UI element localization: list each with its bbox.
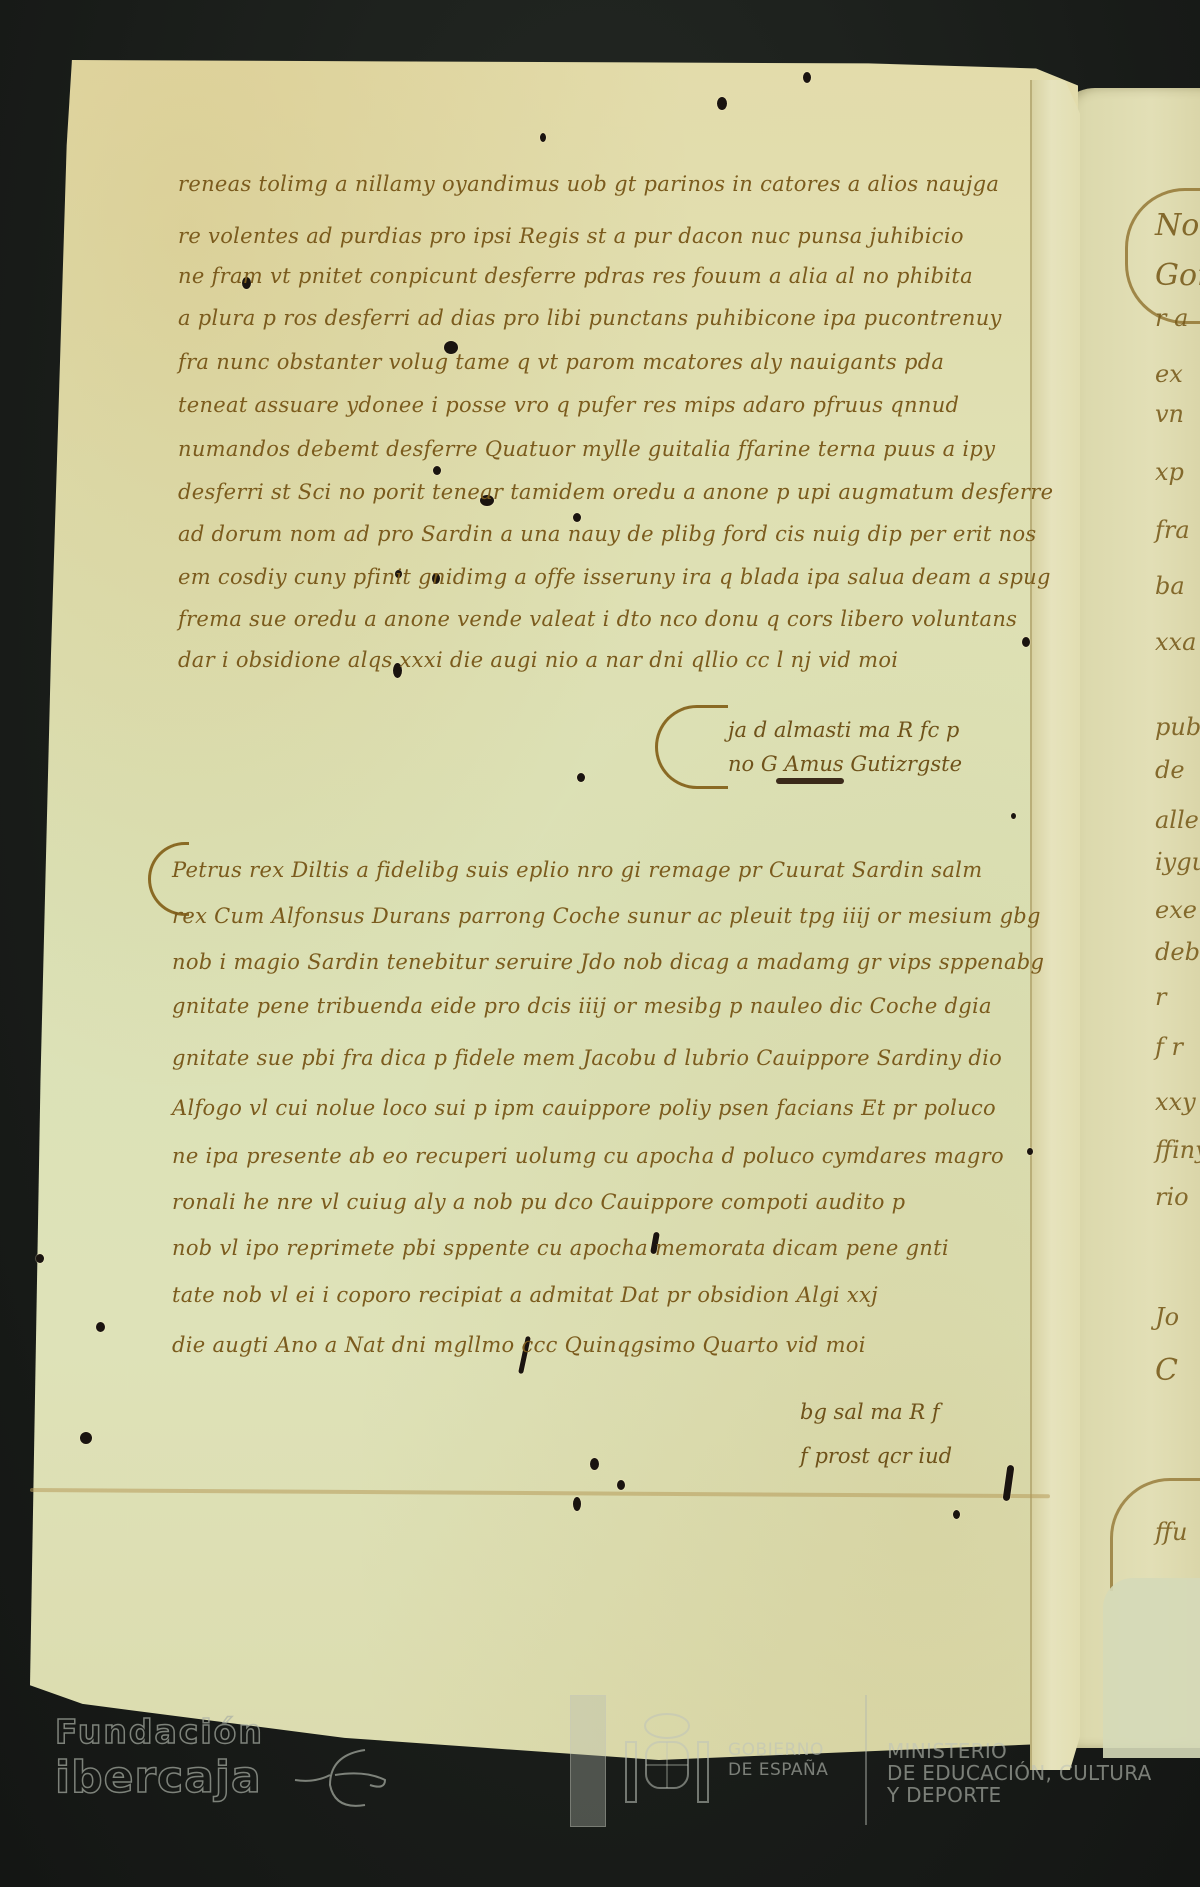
- worm-hole: [433, 466, 441, 475]
- foundation-watermark-line-1: Fundación: [55, 1712, 264, 1751]
- adjoining-fragment: xxy: [1155, 1088, 1196, 1116]
- worm-hole: [1011, 813, 1016, 819]
- text-line: re volentes ad purdias pro ipsi Regis st…: [178, 224, 964, 248]
- ministry-line-3: Y DEPORTE: [887, 1784, 1152, 1806]
- adjoining-fragment: Jo: [1155, 1303, 1179, 1331]
- worm-hole: [80, 1432, 92, 1444]
- worm-hole: [1027, 1148, 1033, 1155]
- worm-hole: [573, 1497, 581, 1511]
- text-line: gnitate pene tribuenda eide pro dcis iii…: [172, 994, 992, 1018]
- government-line-1: GOBIERNO: [728, 1740, 828, 1760]
- text-line: nob vl ipo reprimete pbi sppente cu apoc…: [172, 1236, 949, 1260]
- text-line: ronali he nre vl cuiug aly a nob pu dco …: [172, 1190, 905, 1214]
- text-line: die augti Ano a Nat dni mgllmo ccc Quinq…: [172, 1333, 866, 1357]
- adjoining-fragment: pub: [1155, 713, 1200, 741]
- text-line: fra nunc obstanter volug tame q vt parom…: [178, 350, 944, 374]
- text-line: em cosdiy cuny pfinit gnidimg a offe iss…: [178, 565, 1051, 589]
- adjoining-fragment: Noc: [1155, 208, 1200, 243]
- signature-2-line-1: bg sal ma R f: [800, 1400, 940, 1424]
- signature-2-line-2: f prost qcr iud: [800, 1444, 952, 1468]
- worm-hole: [617, 1480, 625, 1490]
- adjoining-fragment: ffiny: [1155, 1136, 1200, 1164]
- adjoining-fragment: r: [1155, 983, 1166, 1011]
- adjoining-fragment: ex: [1155, 360, 1183, 388]
- worm-hole: [953, 1510, 960, 1519]
- adjoining-fragment: ffu: [1155, 1518, 1187, 1546]
- parchment-repair-patch: [1103, 1578, 1200, 1758]
- adjoining-fragment: fra: [1155, 516, 1190, 544]
- text-line: nob i magio Sardin tenebitur seruire Jdo…: [172, 950, 1044, 974]
- text-line: dar i obsidione alqs xxxi die augi nio a…: [178, 648, 898, 672]
- worm-hole: [573, 513, 581, 522]
- worm-hole: [577, 773, 585, 782]
- adjoining-fragment: exe: [1155, 896, 1197, 924]
- signature-1-line-2: no G Amus Gutizrgste: [728, 752, 962, 776]
- worm-hole: [540, 133, 546, 142]
- signature-underline: [776, 778, 844, 784]
- adjoining-fragment: alle: [1155, 806, 1199, 834]
- adjoining-fragment: C: [1155, 1353, 1178, 1388]
- worm-hole: [96, 1322, 105, 1332]
- adjoining-fragment: Gon: [1155, 258, 1200, 293]
- foundation-watermark-line-2: ibercaja: [55, 1752, 262, 1803]
- text-line: tate nob vl ei i coporo recipiat a admit…: [172, 1283, 878, 1307]
- watermark-divider: [865, 1695, 867, 1825]
- ibercaja-logo-icon: [290, 1745, 390, 1815]
- text-line: reneas tolimg a nillamy oyandimus uob gt…: [178, 172, 999, 196]
- worm-hole: [36, 1254, 44, 1263]
- adjoining-fragment: vn: [1155, 400, 1184, 428]
- adjoining-fragment: f r: [1155, 1033, 1183, 1061]
- adjoining-fragment: xp: [1155, 458, 1184, 486]
- worm-hole: [590, 1458, 599, 1470]
- text-line: a plura p ros desferri ad dias pro libi …: [178, 306, 1002, 330]
- text-line: ad dorum nom ad pro Sardin a una nauy de…: [178, 522, 1037, 546]
- adjoining-fragment: r a: [1155, 304, 1188, 332]
- text-line: numandos debemt desferre Quatuor mylle g…: [178, 437, 995, 461]
- text-line: gnitate sue pbi fra dica p fidele mem Ja…: [172, 1046, 1002, 1070]
- text-line: teneat assuare ydonee i posse vro q pufe…: [178, 393, 959, 417]
- ministry-line-2: DE EDUCACIÓN, CULTURA: [887, 1762, 1152, 1784]
- text-line: frema sue oredu a anone vende valeat i d…: [178, 607, 1017, 631]
- adjoining-fragment: de: [1155, 756, 1185, 784]
- spain-coat-of-arms-icon: [622, 1712, 712, 1807]
- text-line: desferri st Sci no porit tenear tamidem …: [178, 480, 1053, 504]
- ministry-line-1: MINISTERIO: [887, 1740, 1152, 1762]
- government-watermark: GOBIERNO DE ESPAÑA: [728, 1740, 828, 1780]
- worm-hole: [717, 97, 727, 110]
- adjoining-fragment: ba: [1155, 572, 1185, 600]
- adjoining-fragment: deb: [1155, 938, 1200, 966]
- text-line: ne ipa presente ab eo recuperi uolumg cu…: [172, 1144, 1004, 1168]
- text-line: rex Cum Alfonsus Durans parrong Coche su…: [172, 904, 1041, 928]
- adjoining-fragment: iygu: [1155, 848, 1200, 876]
- worm-hole: [803, 72, 811, 83]
- signature-1-line-1: ja d almasti ma R fc p: [728, 718, 959, 742]
- spain-flag-bar-icon: [570, 1695, 606, 1827]
- text-line: Petrus rex Diltis a fidelibg suis eplio …: [172, 858, 982, 882]
- ministry-watermark: MINISTERIO DE EDUCACIÓN, CULTURA Y DEPOR…: [887, 1740, 1152, 1806]
- adjoining-fragment: xxa: [1155, 628, 1196, 656]
- government-line-2: DE ESPAÑA: [728, 1760, 828, 1780]
- worm-hole: [1022, 637, 1030, 647]
- text-line: Alfogo vl cui nolue loco sui p ipm cauip…: [172, 1096, 996, 1120]
- text-line: ne fram vt pnitet conpicunt desferre pdr…: [178, 264, 973, 288]
- adjoining-fragment: rio: [1155, 1183, 1189, 1211]
